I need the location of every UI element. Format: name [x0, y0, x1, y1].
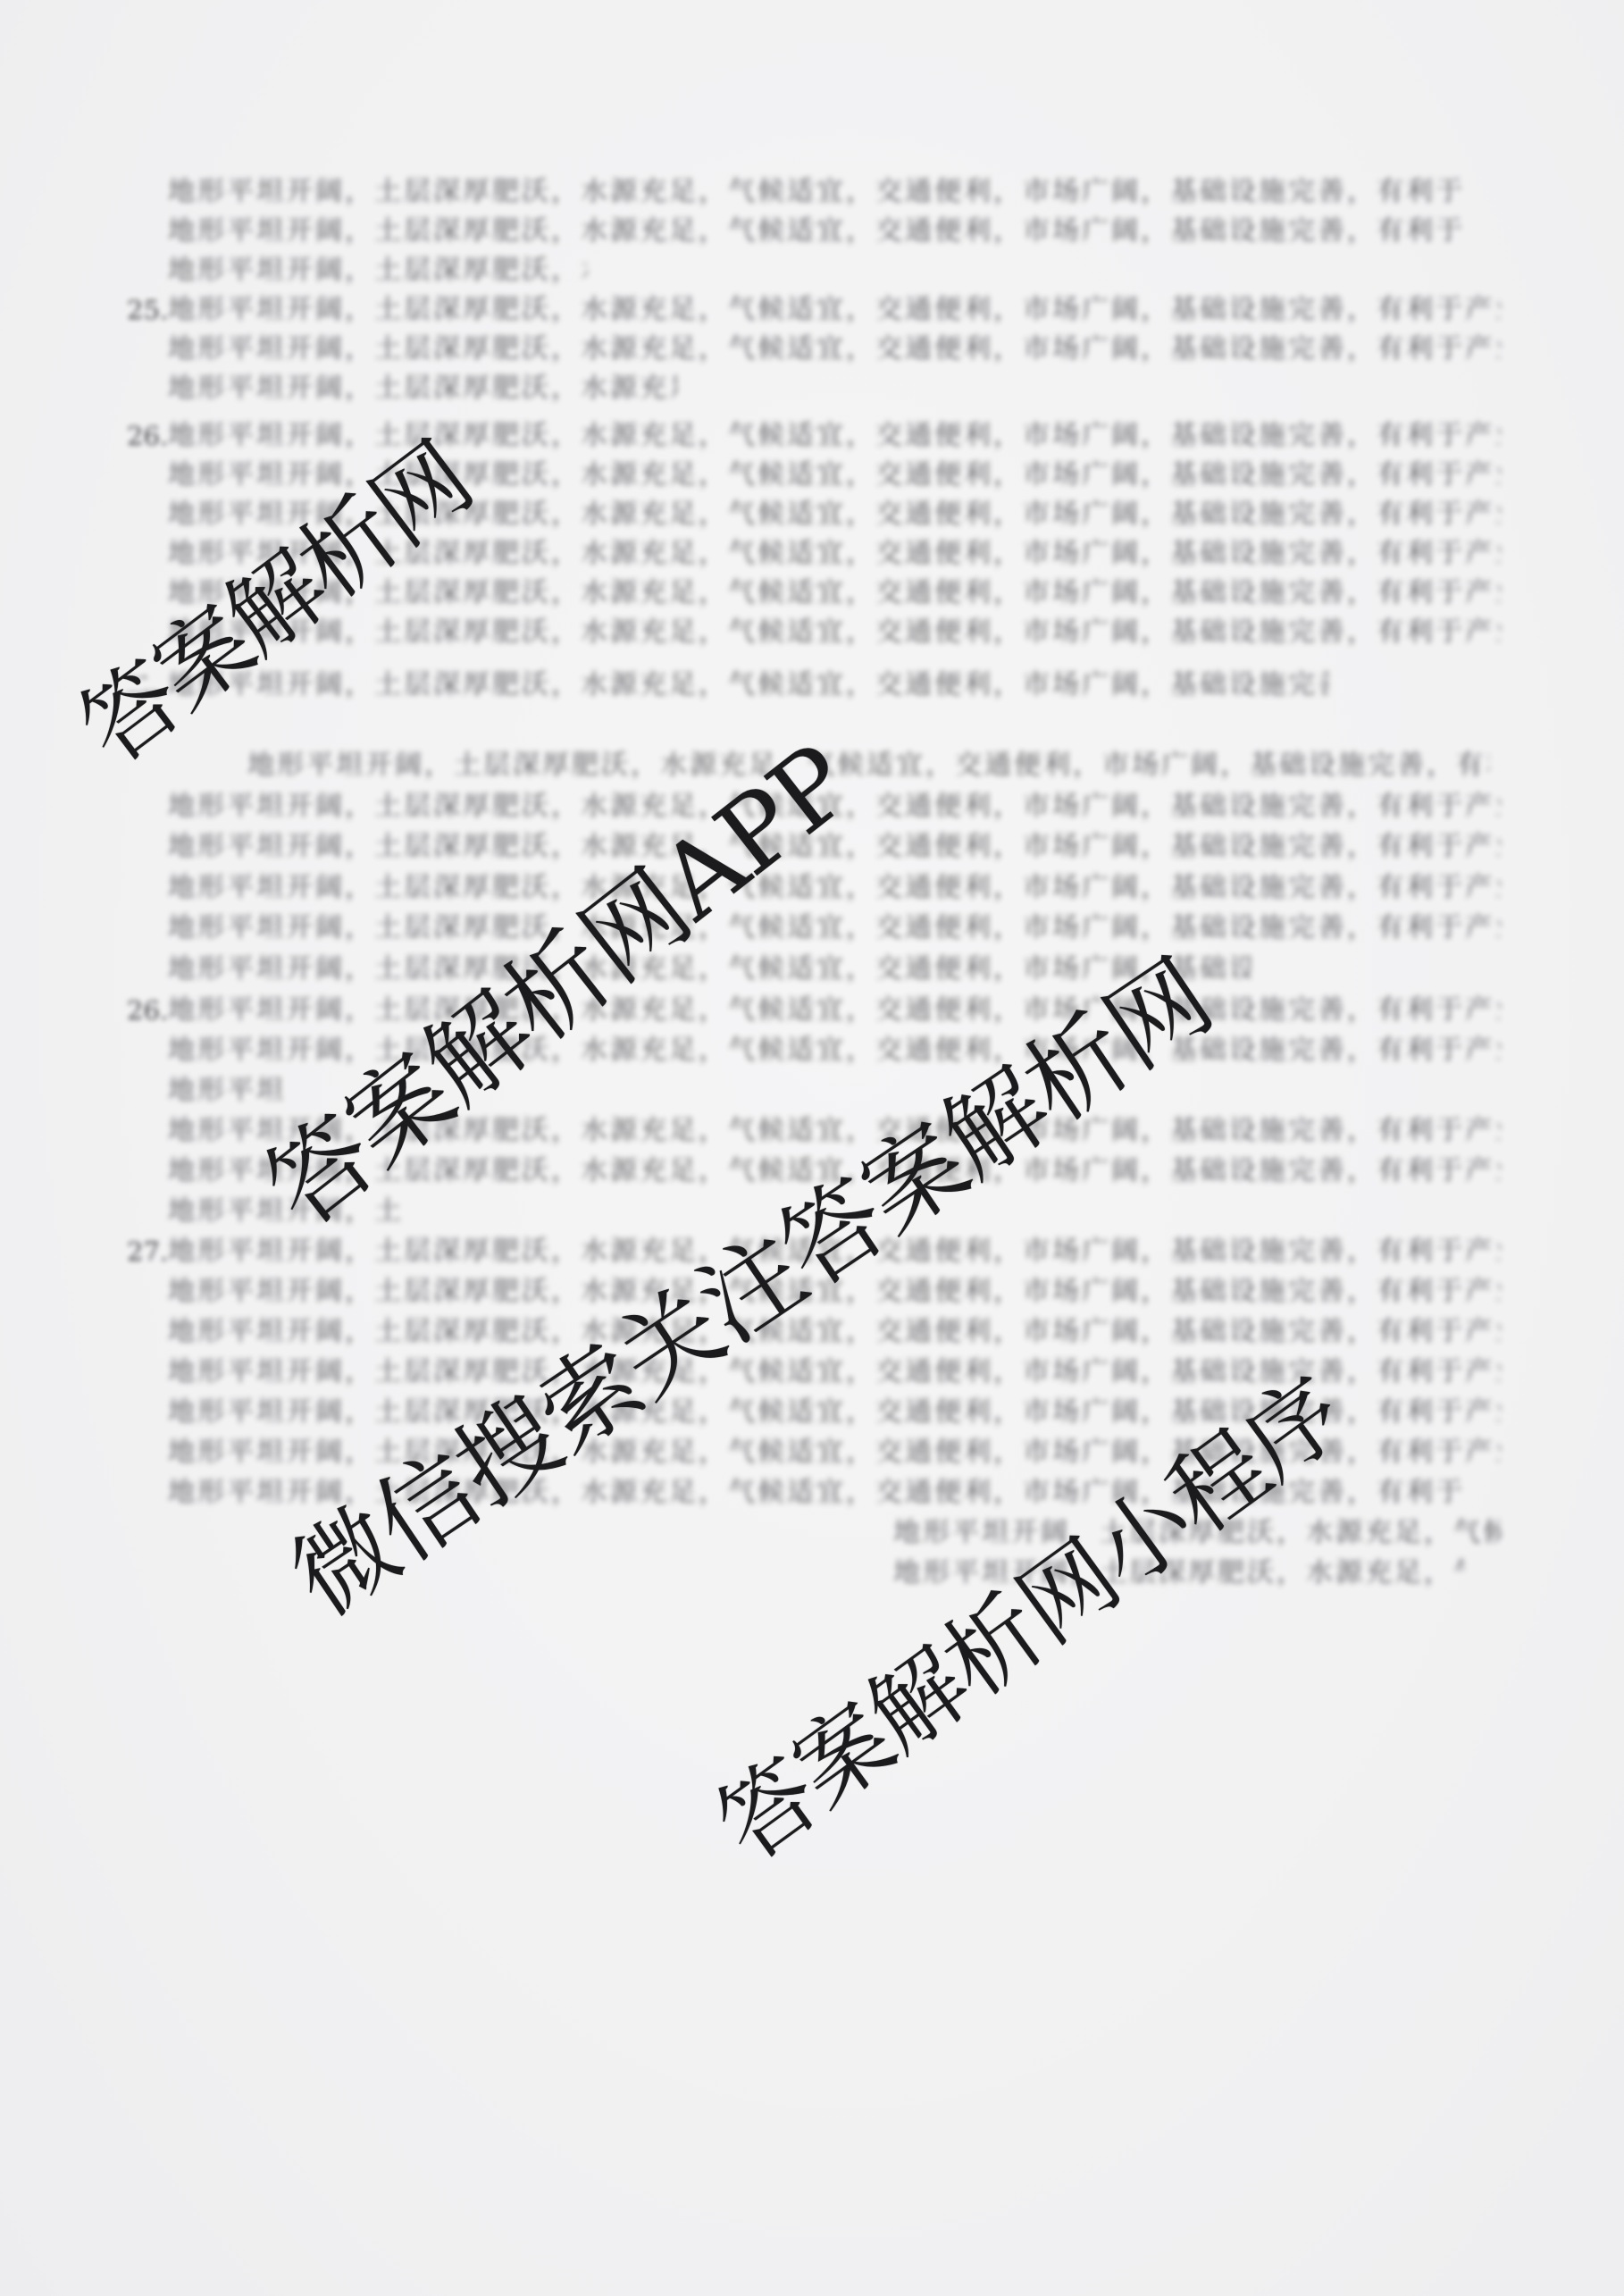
- blurred-text-line: 地形平坦开阔，土层深厚肥沃，水源充足，气候适宜，交通便利，市场广阔，基础设施完善…: [168, 421, 1501, 453]
- blurred-text-line: 地形平坦开阔，土层深厚肥沃，水源充足，气候适宜，交通便利，市场广阔，基础设施完善…: [168, 295, 1501, 327]
- blurred-text-line: 地形平坦开阔，土层深厚肥沃，水源充足，气候适宜，交通便利，市场广阔，基础设施完善…: [168, 913, 1501, 945]
- blurred-text-line: 地形平坦开阔，土层深厚肥沃，水源充足，气候适宜，交通便利，市场广阔，基础设施完善…: [247, 750, 1490, 783]
- blurred-text-line: 地形平坦开阔，土层深厚肥沃，水源充足，气候适宜，交通便利，市场广阔，基础设施完善…: [168, 177, 1465, 209]
- item-number-marker: 27.: [127, 1236, 168, 1269]
- blurred-text-line: 地形平坦开阔，土层深厚肥沃，水源充足，气候适宜，交通便利，市场广阔，基础设施完善…: [168, 334, 1501, 366]
- blurred-text-line: 地形平坦开阔，土层深厚肥沃，水源充足，气候适宜，交通便利，市场广阔，基础设施完善…: [168, 1317, 1501, 1349]
- blurred-text-line: 地形平坦开阔，土层深厚肥沃，水源充足，气候适宜，交通便利，市场广阔，基础设施完善…: [168, 995, 1501, 1027]
- blurred-text-line: 地形平坦开阔，: [168, 1076, 284, 1108]
- blurred-text-line: 地形平坦开阔，土层深厚肥沃，水源充足，气候适宜，交通便利，市场广阔，基础设施完善…: [168, 670, 1329, 702]
- item-number-marker: 25.: [127, 295, 168, 327]
- blurred-text-line: 地形平坦开阔，土层深厚肥沃，水源充足，气候适宜，交通便利，市场广阔，基础设施完善…: [168, 617, 1501, 649]
- blurred-text-line: 地形平坦开阔，土层深厚肥沃，水源充: [168, 256, 588, 288]
- blurred-text-line: 地形平坦开阔，土层深厚肥沃，水源充足，气候适宜，交通便利，市场广阔，基础设施完善…: [168, 216, 1465, 248]
- blurred-text-line: 地形平坦开阔，土层深厚肥沃，水源充足，气候适宜，交通便利，市场广阔，基础设施完善…: [168, 873, 1501, 905]
- page: 地形平坦开阔，土层深厚肥沃，水源充足，气候适宜，交通便利，市场广阔，基础设施完善…: [0, 0, 1624, 2296]
- item-number-marker: 26.: [127, 421, 168, 453]
- blurred-text-line: 地形平坦开阔，土层深厚肥沃，水源充足，气: [168, 373, 677, 406]
- item-number-marker: 26.: [127, 995, 168, 1027]
- blurred-text-line: 地形平坦开阔，土层深厚肥沃，水源充足，气候适宜，交通便利，市场广阔，基础设施完: [168, 954, 1251, 986]
